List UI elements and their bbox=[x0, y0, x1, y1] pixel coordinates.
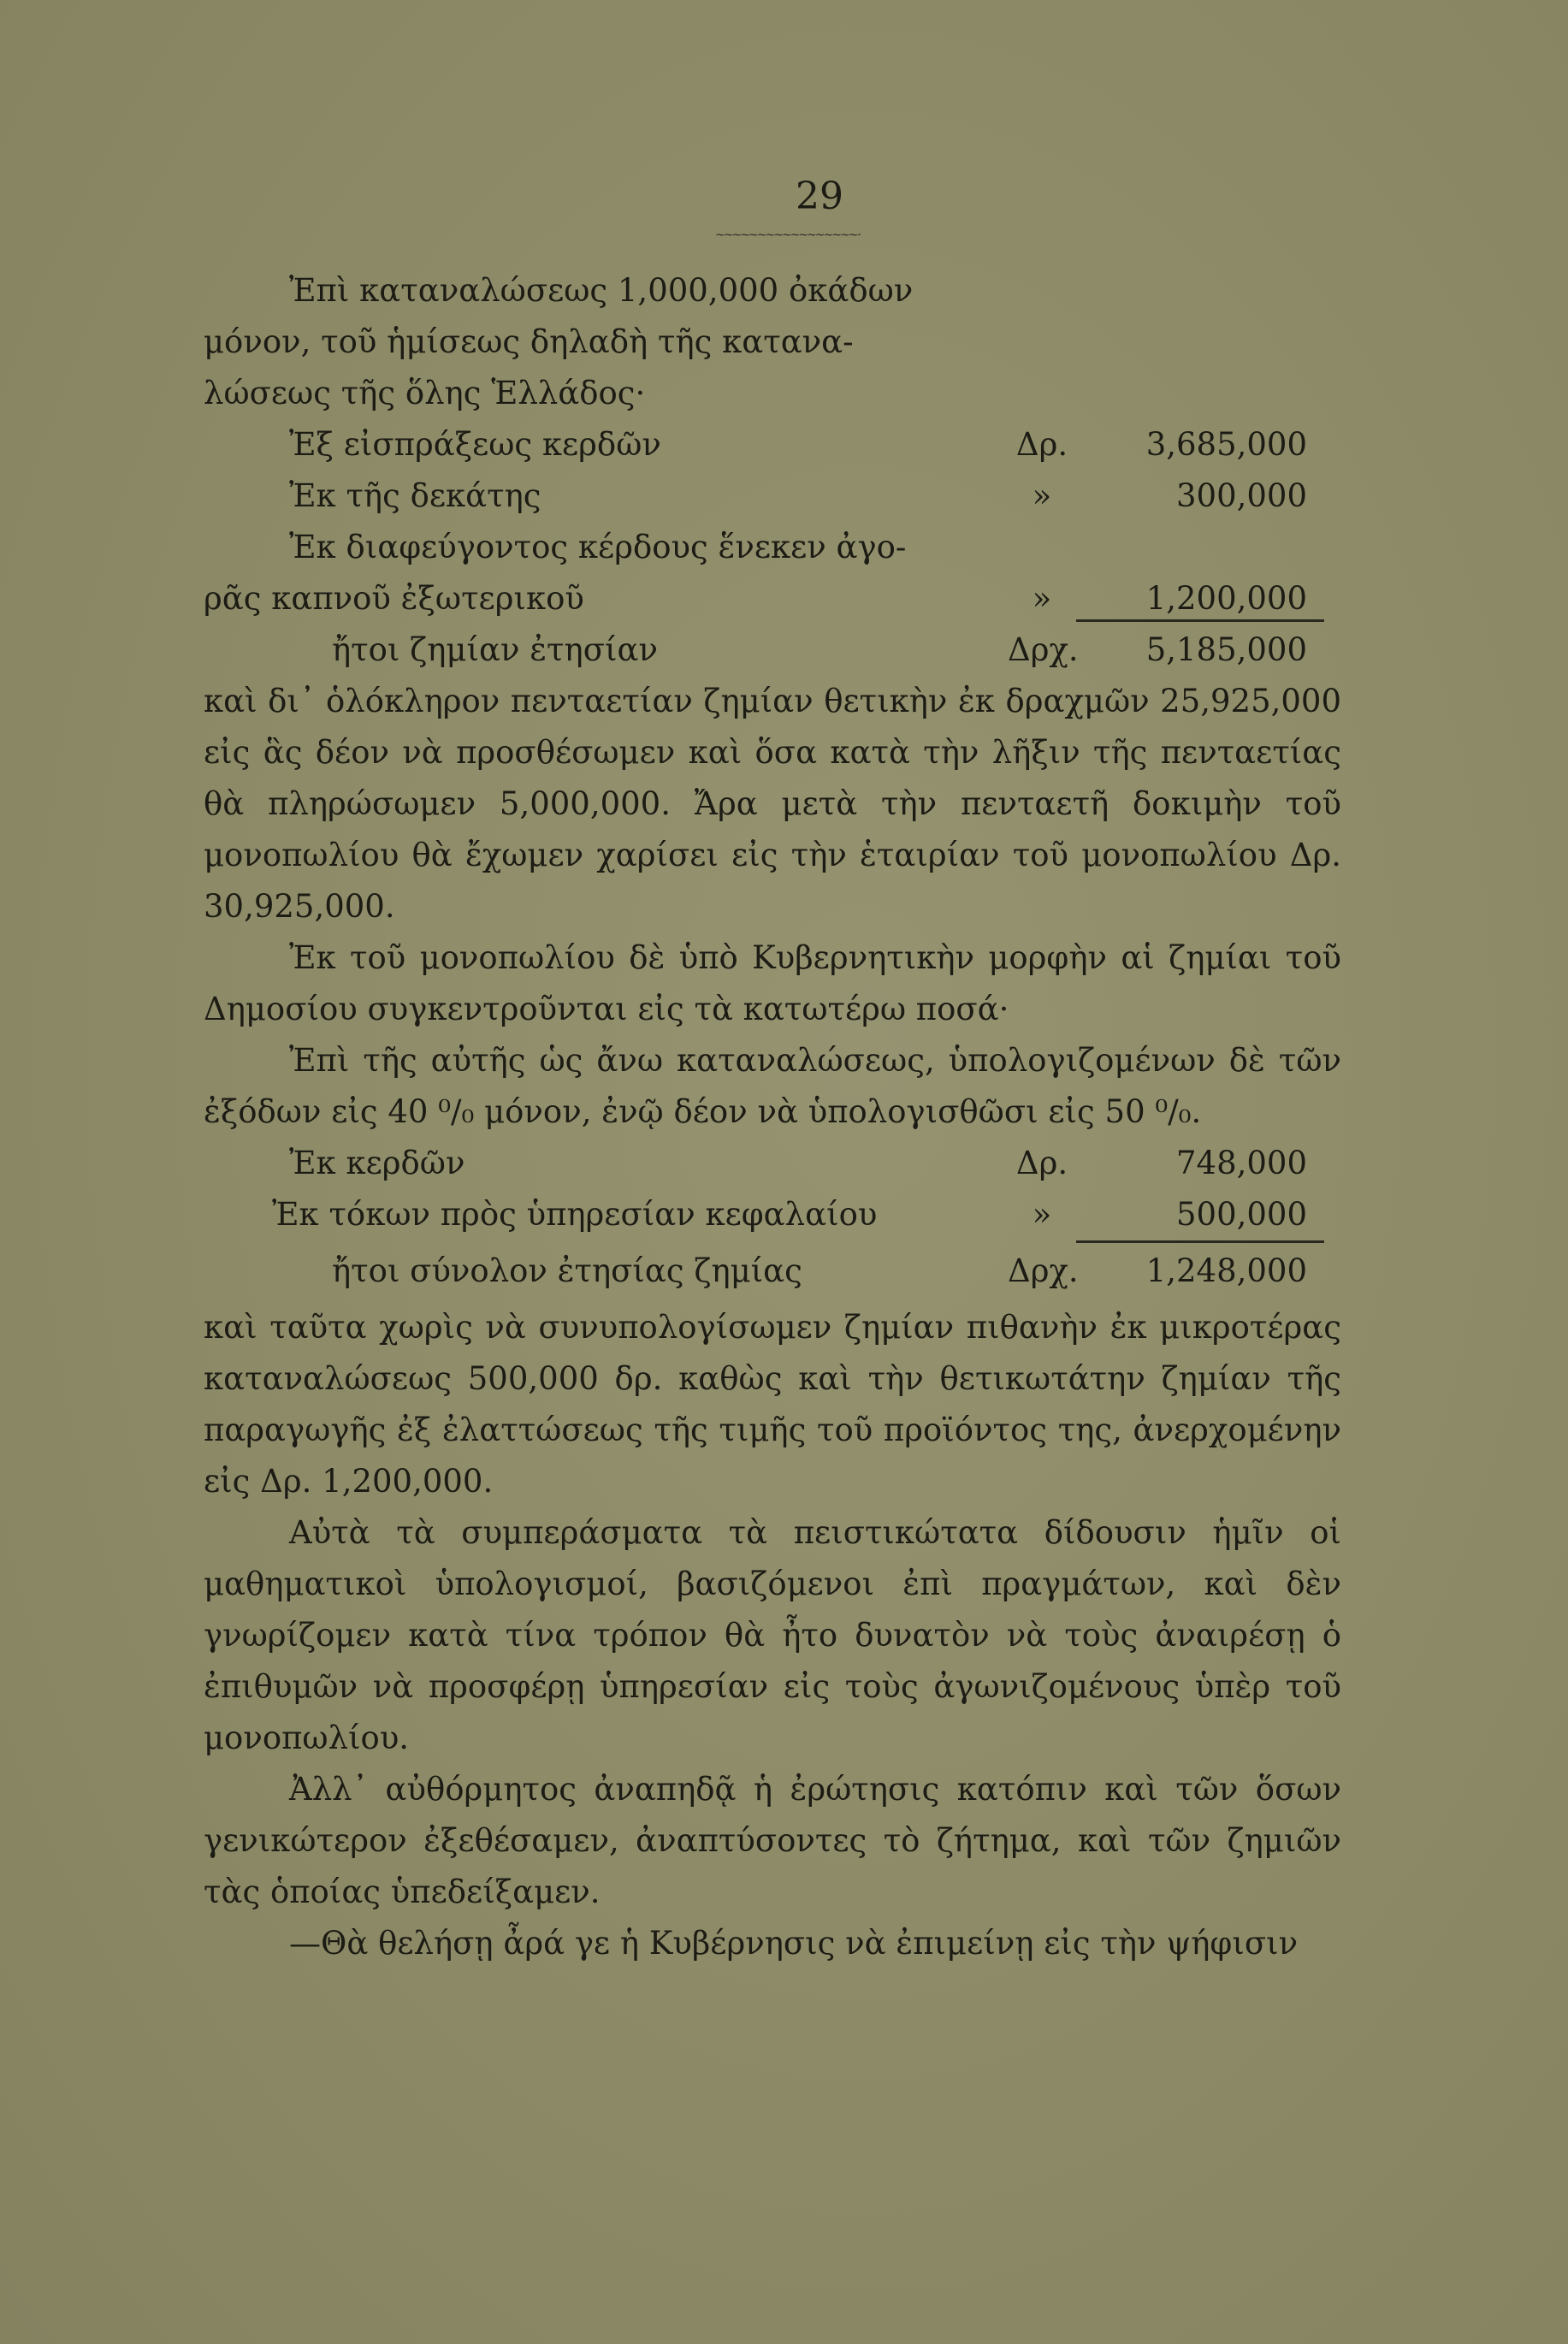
ledger-unit: » bbox=[1008, 1189, 1076, 1240]
page-number: 29 bbox=[768, 171, 871, 222]
ledger-amount: 3,685,000 bbox=[1085, 419, 1307, 471]
ledger-amount: 748,000 bbox=[1085, 1138, 1307, 1189]
ledger-amount: 500,000 bbox=[1085, 1189, 1307, 1240]
paragraph: Ἐπὶ τῆς αὐτῆς ὡς ἄνω καταναλώσεως, ὑπολο… bbox=[204, 1035, 1341, 1138]
ledger-label: Ἐκ τῆς δεκάτης bbox=[289, 471, 541, 522]
wavy-rule-ornament: ~~~~~~~~~~~~~~~~~~~~~~~~~~~~~~~~~~~~~~~~… bbox=[715, 231, 861, 240]
intro-line: μόνον, τοῦ ἡμίσεως δηλαδὴ τῆς κατανα- bbox=[204, 317, 914, 368]
sum-rule bbox=[1076, 1240, 1324, 1243]
page-body: Ἐπὶ καταναλώσεως 1,000,000 ὀκάδων μόνον,… bbox=[204, 265, 1341, 1969]
ledger-government-monopoly: Ἐκ κερδῶν Δρ. 748,000 Ἐκ τόκων πρὸς ὑπηρ… bbox=[204, 1138, 1341, 1302]
intro-line: λώσεως τῆς ὅλης Ἑλλάδος· bbox=[204, 368, 914, 419]
intro-line: Ἐπὶ καταναλώσεως 1,000,000 ὀκάδων bbox=[204, 265, 914, 317]
ledger-total-amount: 5,185,000 bbox=[1085, 624, 1307, 676]
ledger-total-row: ἤτοι ζημίαν ἐτησίαν Δρχ. 5,185,000 bbox=[204, 624, 1341, 676]
ledger-label: Ἐκ διαφεύγοντος κέρδους ἕνεκεν ἀγο- bbox=[289, 522, 906, 573]
paragraph: —Θὰ θελήσῃ ἆρά γε ἡ Κυβέρνησις νὰ ἐπιμεί… bbox=[204, 1918, 1341, 1969]
ledger-row: Ἐξ εἰσπράξεως κερδῶν Δρ. 3,685,000 bbox=[204, 419, 1341, 471]
ledger-amount: 300,000 bbox=[1085, 471, 1307, 522]
ledger-total-unit: Δρχ. bbox=[1008, 1246, 1076, 1297]
ledger-label: Ἐκ κερδῶν bbox=[289, 1138, 464, 1189]
ledger-row: Ἐκ κερδῶν Δρ. 748,000 bbox=[204, 1138, 1341, 1189]
ledger-row: Ἐκ τόκων πρὸς ὑπηρεσίαν κεφαλαίου » 500,… bbox=[204, 1189, 1341, 1240]
ledger-total-label: ἤτοι σύνολον ἐτησίας ζημίας bbox=[332, 1246, 802, 1297]
paragraph: καὶ ταῦτα χωρὶς νὰ συνυπολογίσωμεν ζημία… bbox=[204, 1302, 1341, 1507]
ledger-total-amount: 1,248,000 bbox=[1085, 1246, 1307, 1297]
ledger-total-label: ἤτοι ζημίαν ἐτησίαν bbox=[332, 624, 658, 676]
paragraph: Αὐτὰ τὰ συμπεράσματα τὰ πειστικώτατα δίδ… bbox=[204, 1507, 1341, 1764]
ledger-amount: 1,200,000 bbox=[1085, 573, 1307, 624]
ledger-row: Ἐκ τῆς δεκάτης » 300,000 bbox=[204, 471, 1341, 522]
ledger-unit: » bbox=[1008, 573, 1076, 624]
ledger-unit: » bbox=[1008, 471, 1076, 522]
paragraph: Ἐκ τοῦ μονοπωλίου δὲ ὑπὸ Κυβερνητικὴν μο… bbox=[204, 932, 1341, 1035]
sum-rule bbox=[1076, 619, 1324, 622]
paragraph: καὶ δι᾿ ὁλόκληρον πενταετίαν ζημίαν θετι… bbox=[204, 676, 1341, 932]
paragraph: Ἀλλ᾿ αὐθόρμητος ἀναπηδᾷ ἡ ἐρώτησις κατόπ… bbox=[204, 1764, 1341, 1918]
ledger-unit: Δρ. bbox=[1008, 419, 1076, 471]
intro-block: Ἐπὶ καταναλώσεως 1,000,000 ὀκάδων μόνον,… bbox=[204, 265, 914, 419]
ledger-row: ρᾶς καπνοῦ ἐξωτερικοῦ » 1,200,000 bbox=[204, 573, 1341, 624]
ledger-total-unit: Δρχ. bbox=[1008, 624, 1076, 676]
ledger-total-row: ἤτοι σύνολον ἐτησίας ζημίας Δρχ. 1,248,0… bbox=[204, 1240, 1341, 1302]
ledger-label: Ἐκ τόκων πρὸς ὑπηρεσίαν κεφαλαίου bbox=[272, 1189, 877, 1240]
ledger-unit: Δρ. bbox=[1008, 1138, 1076, 1189]
ledger-label: ρᾶς καπνοῦ ἐξωτερικοῦ bbox=[204, 573, 584, 624]
ledger-row: Ἐκ διαφεύγοντος κέρδους ἕνεκεν ἀγο- bbox=[204, 522, 1341, 573]
ledger-private-monopoly: Ἐξ εἰσπράξεως κερδῶν Δρ. 3,685,000 Ἐκ τῆ… bbox=[204, 419, 1341, 676]
ledger-label: Ἐξ εἰσπράξεως κερδῶν bbox=[289, 419, 661, 471]
